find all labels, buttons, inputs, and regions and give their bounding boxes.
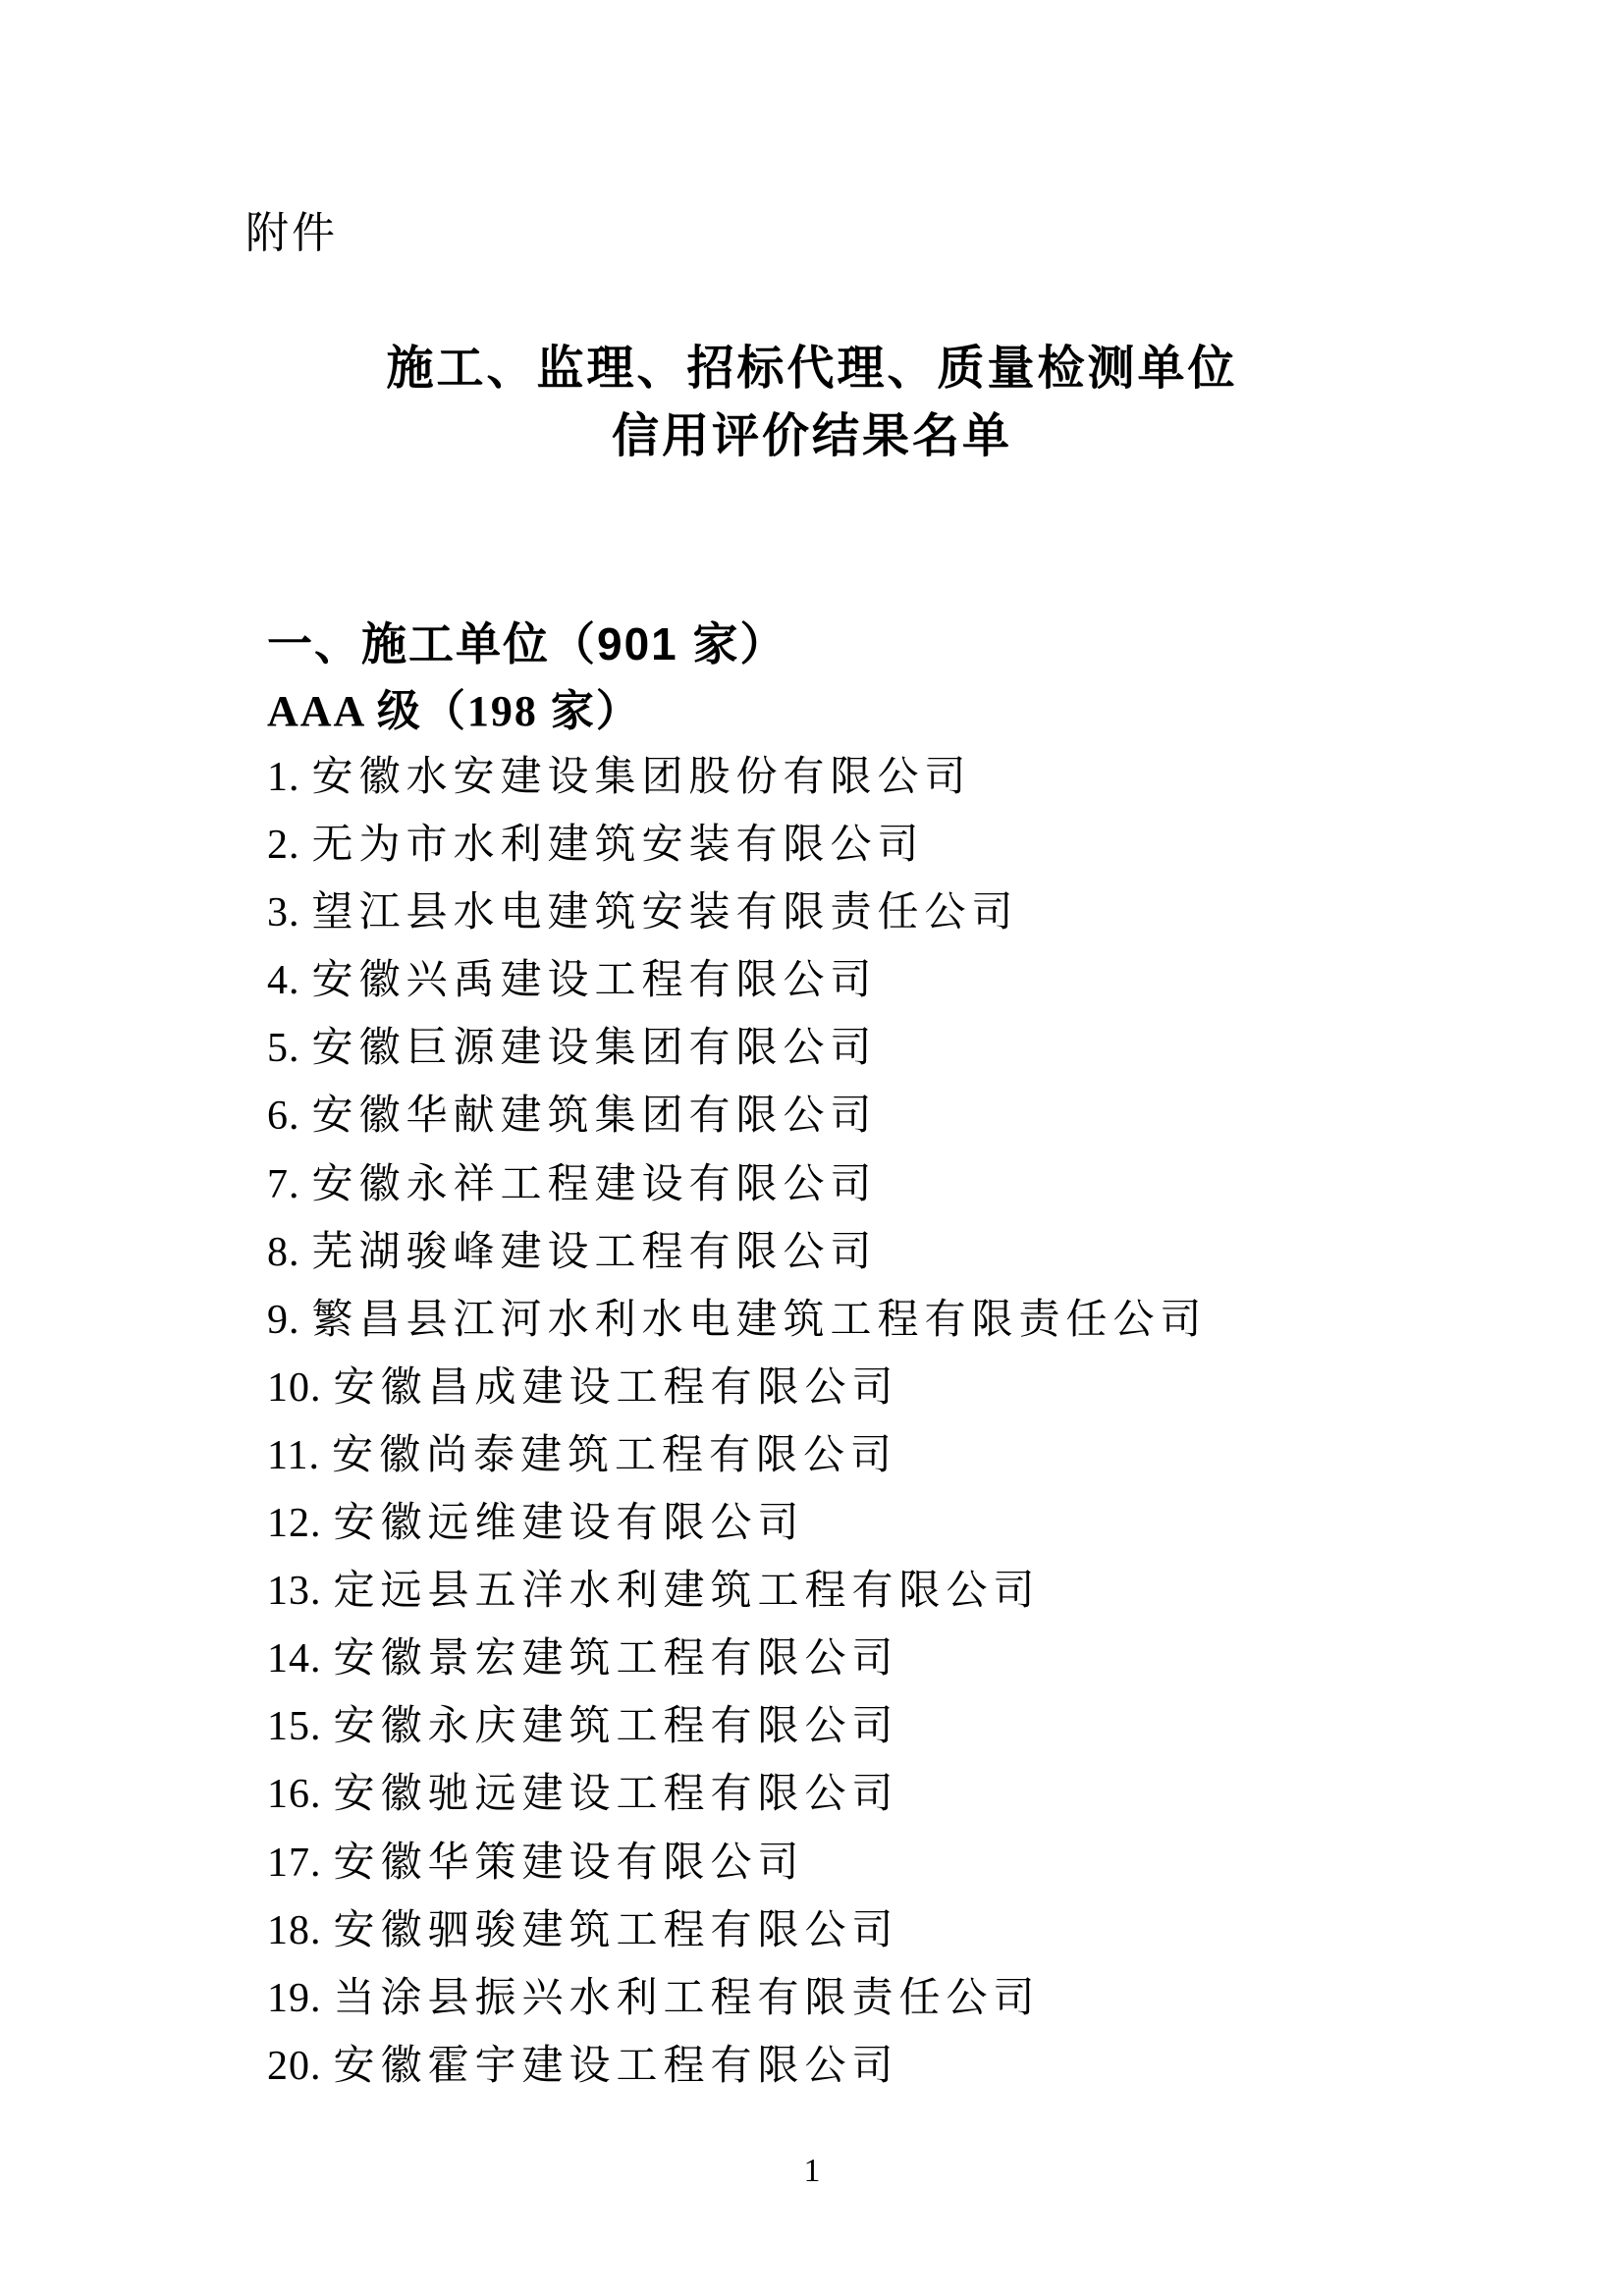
list-item: 4.安徽兴禹建设工程有限公司 [267, 947, 1426, 1015]
company-name: 安徽驷骏建筑工程有限公司 [334, 1908, 899, 1953]
item-number: 1. [267, 755, 300, 800]
item-number: 18. [267, 1908, 322, 1953]
list-item: 2.无为市水利建筑安装有限公司 [267, 812, 1426, 880]
company-name: 望江县水电建筑安装有限责任公司 [312, 890, 1019, 935]
list-item: 16.安徽驰远建设工程有限公司 [267, 1761, 1426, 1829]
page-number: 1 [0, 2153, 1624, 2189]
item-number: 20. [267, 2044, 322, 2089]
item-number: 9. [267, 1298, 300, 1343]
page-title-line1: 施工、监理、招标代理、质量检测单位 [0, 335, 1624, 402]
company-name: 当涂县振兴水利工程有限责任公司 [334, 1976, 1041, 2021]
company-name: 安徽景宏建筑工程有限公司 [334, 1636, 899, 1682]
list-item: 13.定远县五洋水利建筑工程有限公司 [267, 1558, 1426, 1626]
company-name: 安徽巨源建设集团有限公司 [312, 1026, 878, 1071]
item-number: 7. [267, 1162, 300, 1207]
list-item: 3.望江县水电建筑安装有限责任公司 [267, 880, 1426, 947]
company-name: 安徽华献建筑集团有限公司 [312, 1094, 878, 1139]
grade-heading: AAA 级（198 家） [267, 683, 641, 739]
list-item: 14.安徽景宏建筑工程有限公司 [267, 1626, 1426, 1693]
company-name: 安徽永庆建筑工程有限公司 [334, 1704, 899, 1749]
item-number: 10. [267, 1365, 322, 1411]
page-title: 施工、监理、招标代理、质量检测单位 信用评价结果名单 [0, 335, 1624, 470]
item-number: 8. [267, 1230, 300, 1275]
item-number: 2. [267, 823, 300, 868]
item-number: 15. [267, 1704, 322, 1749]
company-name: 安徽兴禹建设工程有限公司 [312, 958, 878, 1003]
list-item: 11.安徽尚泰建筑工程有限公司 [267, 1422, 1426, 1490]
item-number: 14. [267, 1636, 322, 1682]
company-name: 无为市水利建筑安装有限公司 [312, 823, 925, 868]
item-number: 13. [267, 1569, 322, 1614]
item-number: 17. [267, 1841, 322, 1886]
company-name: 芜湖骏峰建设工程有限公司 [312, 1230, 878, 1275]
list-item: 15.安徽永庆建筑工程有限公司 [267, 1693, 1426, 1761]
list-item: 10.安徽昌成建设工程有限公司 [267, 1355, 1426, 1422]
page-title-line2: 信用评价结果名单 [0, 402, 1624, 470]
company-name: 安徽霍宇建设工程有限公司 [334, 2044, 899, 2089]
document-page: 附件 施工、监理、招标代理、质量检测单位 信用评价结果名单 一、施工单位（901… [0, 0, 1624, 2296]
item-number: 5. [267, 1026, 300, 1071]
attachment-label: 附件 [245, 205, 338, 261]
list-item: 18.安徽驷骏建筑工程有限公司 [267, 1897, 1426, 1965]
list-item: 19.当涂县振兴水利工程有限责任公司 [267, 1965, 1426, 2033]
item-number: 4. [267, 958, 300, 1003]
company-name: 安徽永祥工程建设有限公司 [312, 1162, 878, 1207]
section-heading: 一、施工单位（901 家） [267, 615, 787, 674]
item-number: 3. [267, 890, 300, 935]
company-name: 安徽水安建设集团股份有限公司 [312, 755, 972, 800]
company-name: 安徽华策建设有限公司 [334, 1841, 805, 1886]
item-number: 6. [267, 1094, 300, 1139]
list-item: 17.安徽华策建设有限公司 [267, 1830, 1426, 1897]
list-item: 8.芜湖骏峰建设工程有限公司 [267, 1219, 1426, 1287]
item-number: 19. [267, 1976, 322, 2021]
company-name: 安徽昌成建设工程有限公司 [334, 1365, 899, 1411]
company-name: 安徽驰远建设工程有限公司 [334, 1772, 899, 1817]
item-number: 12. [267, 1501, 322, 1546]
list-item: 6.安徽华献建筑集团有限公司 [267, 1083, 1426, 1150]
company-list: 1.安徽水安建设集团股份有限公司2.无为市水利建筑安装有限公司3.望江县水电建筑… [267, 744, 1426, 2101]
company-name: 安徽远维建设有限公司 [334, 1501, 805, 1546]
list-item: 1.安徽水安建设集团股份有限公司 [267, 744, 1426, 812]
company-name: 繁昌县江河水利水电建筑工程有限责任公司 [312, 1298, 1208, 1343]
list-item: 12.安徽远维建设有限公司 [267, 1490, 1426, 1558]
list-item: 7.安徽永祥工程建设有限公司 [267, 1151, 1426, 1219]
list-item: 9.繁昌县江河水利水电建筑工程有限责任公司 [267, 1287, 1426, 1355]
company-name: 定远县五洋水利建筑工程有限公司 [334, 1569, 1041, 1614]
company-name: 安徽尚泰建筑工程有限公司 [332, 1433, 897, 1478]
item-number: 16. [267, 1772, 322, 1817]
list-item: 20.安徽霍宇建设工程有限公司 [267, 2033, 1426, 2101]
item-number: 11. [267, 1433, 320, 1478]
list-item: 5.安徽巨源建设集团有限公司 [267, 1015, 1426, 1083]
